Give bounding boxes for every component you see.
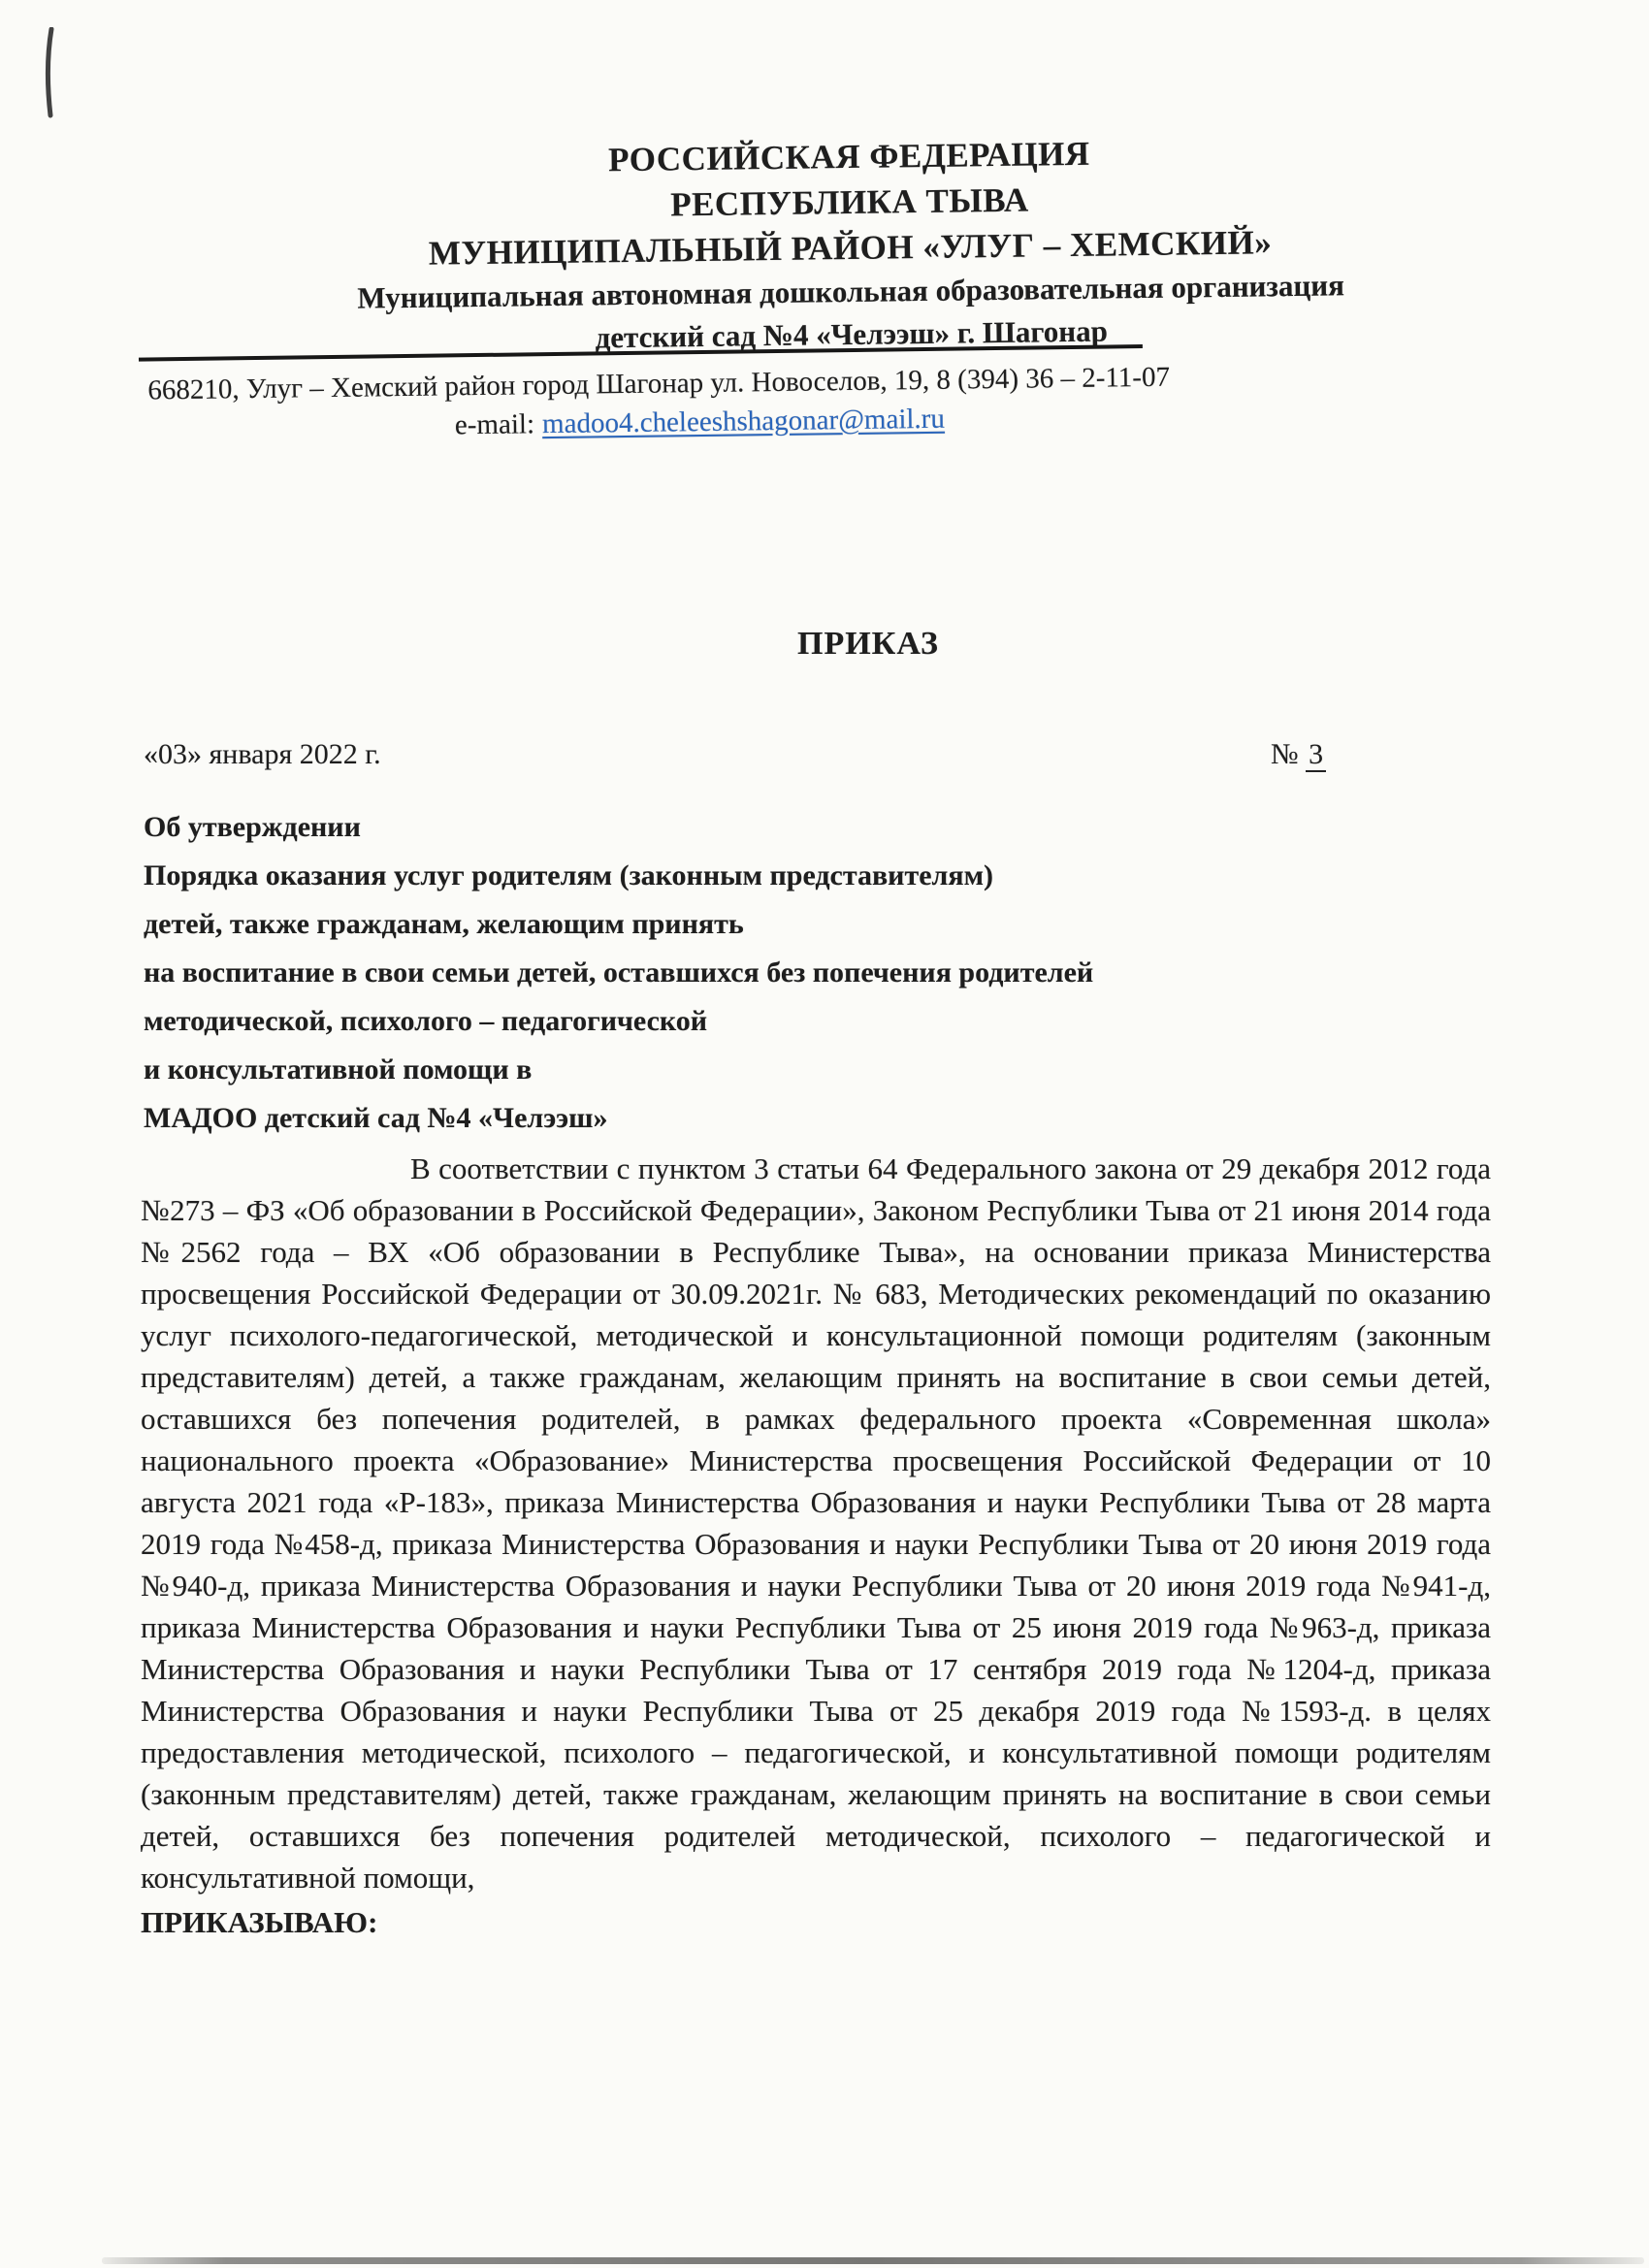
order-date: «03» января 2022 г.	[144, 738, 381, 770]
order-body-paragraph: В соответствии с пунктом 3 статьи 64 Фед…	[141, 1148, 1491, 1898]
email-label: e-mail:	[455, 408, 535, 440]
subject-line: на воспитание в свои семьи детей, оставш…	[144, 949, 1492, 997]
document-content: РОССИЙСКАЯ ФЕДЕРАЦИЯ РЕСПУБЛИКА ТЫВА МУН…	[141, 0, 1489, 2268]
order-number: № 3	[1271, 735, 1326, 774]
order-body-block: В соответствии с пунктом 3 статьи 64 Фед…	[141, 1148, 1491, 1945]
subject-line: Порядка оказания услуг родителям (законн…	[144, 852, 1492, 900]
scan-edge-shadow	[102, 2257, 1644, 2264]
letterhead: РОССИЙСКАЯ ФЕДЕРАЦИЯ РЕСПУБЛИКА ТЫВА МУН…	[228, 126, 1473, 448]
order-subject: Об утверждении Порядка оказания услуг ро…	[144, 803, 1492, 1143]
email-link[interactable]: madoo4.cheleeshshagonar@mail.ru	[542, 404, 945, 439]
order-title: ПРИКАЗ	[194, 626, 1542, 663]
order-number-label: №	[1271, 738, 1306, 770]
subject-line: Об утверждении	[144, 803, 1492, 852]
order-date-row: «03» января 2022 г. № 3	[144, 735, 1492, 774]
order-resolution: ПРИКАЗЫВАЮ:	[141, 1900, 1491, 1945]
subject-line: детей, также гражданам, желающим принять	[144, 900, 1492, 949]
order-number-value: 3	[1306, 738, 1326, 772]
subject-line: методической, психолого – педагогической	[144, 997, 1492, 1046]
scanned-order-page: РОССИЙСКАЯ ФЕДЕРАЦИЯ РЕСПУБЛИКА ТЫВА МУН…	[0, 0, 1649, 2268]
subject-line: и консультативной помощи в	[144, 1046, 1492, 1094]
subject-line: МАДОО детский сад №4 «Челээш»	[144, 1094, 1492, 1143]
pen-stroke-mark	[43, 27, 64, 123]
